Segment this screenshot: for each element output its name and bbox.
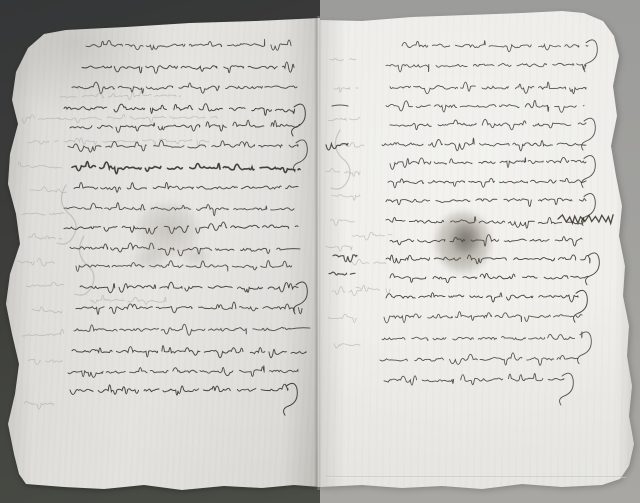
- page-right: [320, 6, 638, 496]
- manuscript-photo: [0, 0, 640, 503]
- page-left-wrap: [4, 14, 320, 492]
- page-right-wrap: [320, 6, 638, 496]
- page-left: [4, 14, 320, 492]
- gutter-fold: [314, 16, 321, 490]
- paper-crease: [326, 476, 626, 478]
